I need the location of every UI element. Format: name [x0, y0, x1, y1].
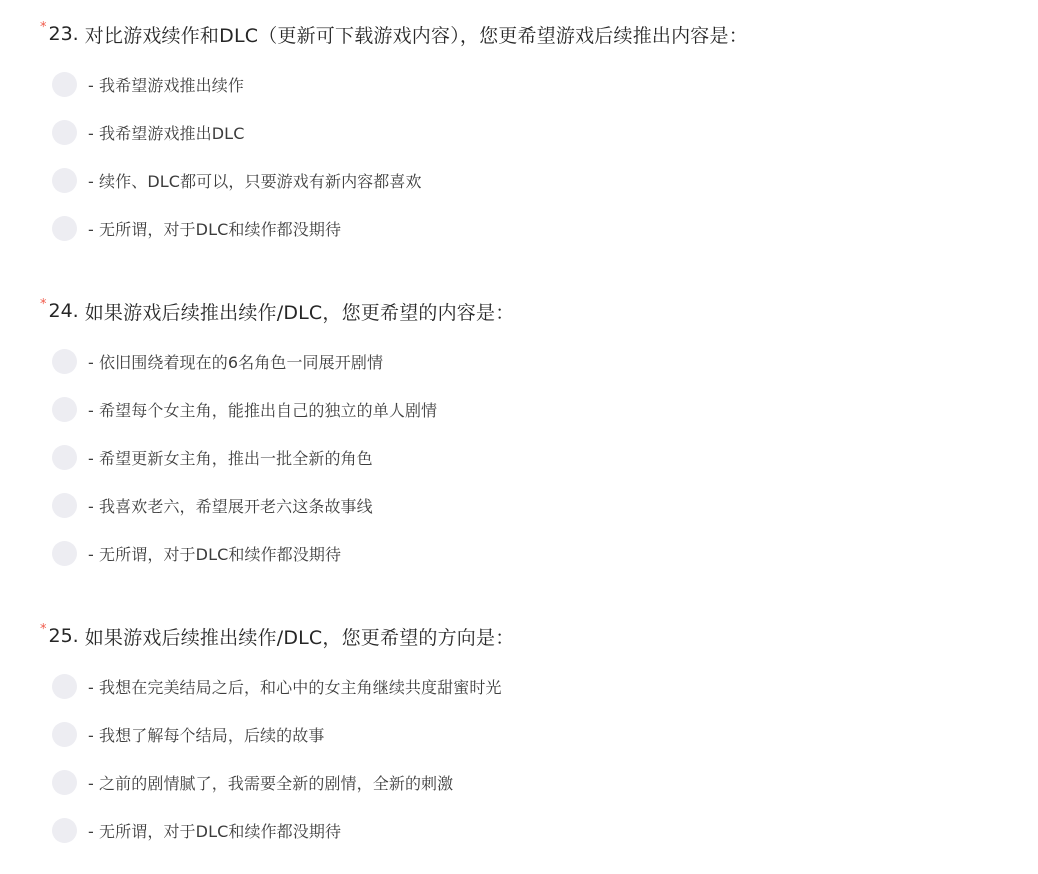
radio-option[interactable]: - 续作、DLC都可以，只要游戏有新内容都喜欢	[52, 166, 422, 194]
radio-option[interactable]: - 无所谓，对于DLC和续作都没期待	[52, 214, 341, 242]
radio-button[interactable]	[52, 120, 77, 145]
radio-button[interactable]	[52, 445, 77, 470]
option-label: - 我希望游戏推出DLC	[88, 121, 244, 144]
option-label: - 我喜欢老六，希望展开老六这条故事线	[88, 494, 373, 517]
radio-option[interactable]: - 无所谓，对于DLC和续作都没期待	[52, 816, 341, 844]
radio-button[interactable]	[52, 818, 77, 843]
radio-button[interactable]	[52, 72, 77, 97]
option-label: - 我想了解每个结局，后续的故事	[88, 723, 324, 746]
option-label: - 希望更新女主角，推出一批全新的角色	[88, 446, 373, 469]
radio-button[interactable]	[52, 349, 77, 374]
radio-option[interactable]: - 依旧围绕着现在的6名角色一同展开剧情	[52, 347, 383, 375]
radio-button[interactable]	[52, 541, 77, 566]
radio-option[interactable]: - 我想了解每个结局，后续的故事	[52, 720, 324, 748]
question-number: 25.	[49, 625, 79, 647]
question-number: 23.	[49, 23, 79, 45]
question-title: * 23. 对比游戏续作和DLC（更新可下载游戏内容），您更希望游戏后续推出内容…	[40, 18, 748, 50]
radio-option[interactable]: - 无所谓，对于DLC和续作都没期待	[52, 539, 341, 567]
option-label: - 无所谓，对于DLC和续作都没期待	[88, 819, 341, 842]
radio-option[interactable]: - 我希望游戏推出续作	[52, 70, 244, 98]
question-text: 对比游戏续作和DLC（更新可下载游戏内容），您更希望游戏后续推出内容是：	[85, 21, 748, 48]
radio-button[interactable]	[52, 770, 77, 795]
radio-button[interactable]	[52, 216, 77, 241]
question-title: * 25. 如果游戏后续推出续作/DLC，您更希望的方向是：	[40, 620, 514, 652]
question-number: 24.	[49, 300, 79, 322]
question-text: 如果游戏后续推出续作/DLC，您更希望的方向是：	[85, 623, 515, 650]
option-label: - 依旧围绕着现在的6名角色一同展开剧情	[88, 350, 383, 373]
radio-option[interactable]: - 希望更新女主角，推出一批全新的角色	[52, 443, 373, 471]
radio-button[interactable]	[52, 168, 77, 193]
radio-option[interactable]: - 我希望游戏推出DLC	[52, 118, 244, 146]
question-text: 如果游戏后续推出续作/DLC，您更希望的内容是：	[85, 298, 515, 325]
radio-button[interactable]	[52, 722, 77, 747]
option-label: - 我希望游戏推出续作	[88, 73, 244, 96]
radio-option[interactable]: - 之前的剧情腻了，我需要全新的剧情，全新的刺激	[52, 768, 453, 796]
radio-button[interactable]	[52, 493, 77, 518]
radio-option[interactable]: - 我想在完美结局之后，和心中的女主角继续共度甜蜜时光	[52, 672, 502, 700]
radio-button[interactable]	[52, 397, 77, 422]
radio-option[interactable]: - 希望每个女主角，能推出自己的独立的单人剧情	[52, 395, 437, 423]
radio-option[interactable]: - 我喜欢老六，希望展开老六这条故事线	[52, 491, 373, 519]
radio-button[interactable]	[52, 674, 77, 699]
option-label: - 之前的剧情腻了，我需要全新的剧情，全新的刺激	[88, 771, 453, 794]
required-asterisk-icon: *	[40, 298, 47, 311]
option-label: - 无所谓，对于DLC和续作都没期待	[88, 542, 341, 565]
required-asterisk-icon: *	[40, 21, 47, 34]
option-label: - 续作、DLC都可以，只要游戏有新内容都喜欢	[88, 169, 422, 192]
option-label: - 无所谓，对于DLC和续作都没期待	[88, 217, 341, 240]
required-asterisk-icon: *	[40, 623, 47, 636]
option-label: - 我想在完美结局之后，和心中的女主角继续共度甜蜜时光	[88, 675, 502, 698]
question-title: * 24. 如果游戏后续推出续作/DLC，您更希望的内容是：	[40, 295, 514, 327]
option-label: - 希望每个女主角，能推出自己的独立的单人剧情	[88, 398, 437, 421]
